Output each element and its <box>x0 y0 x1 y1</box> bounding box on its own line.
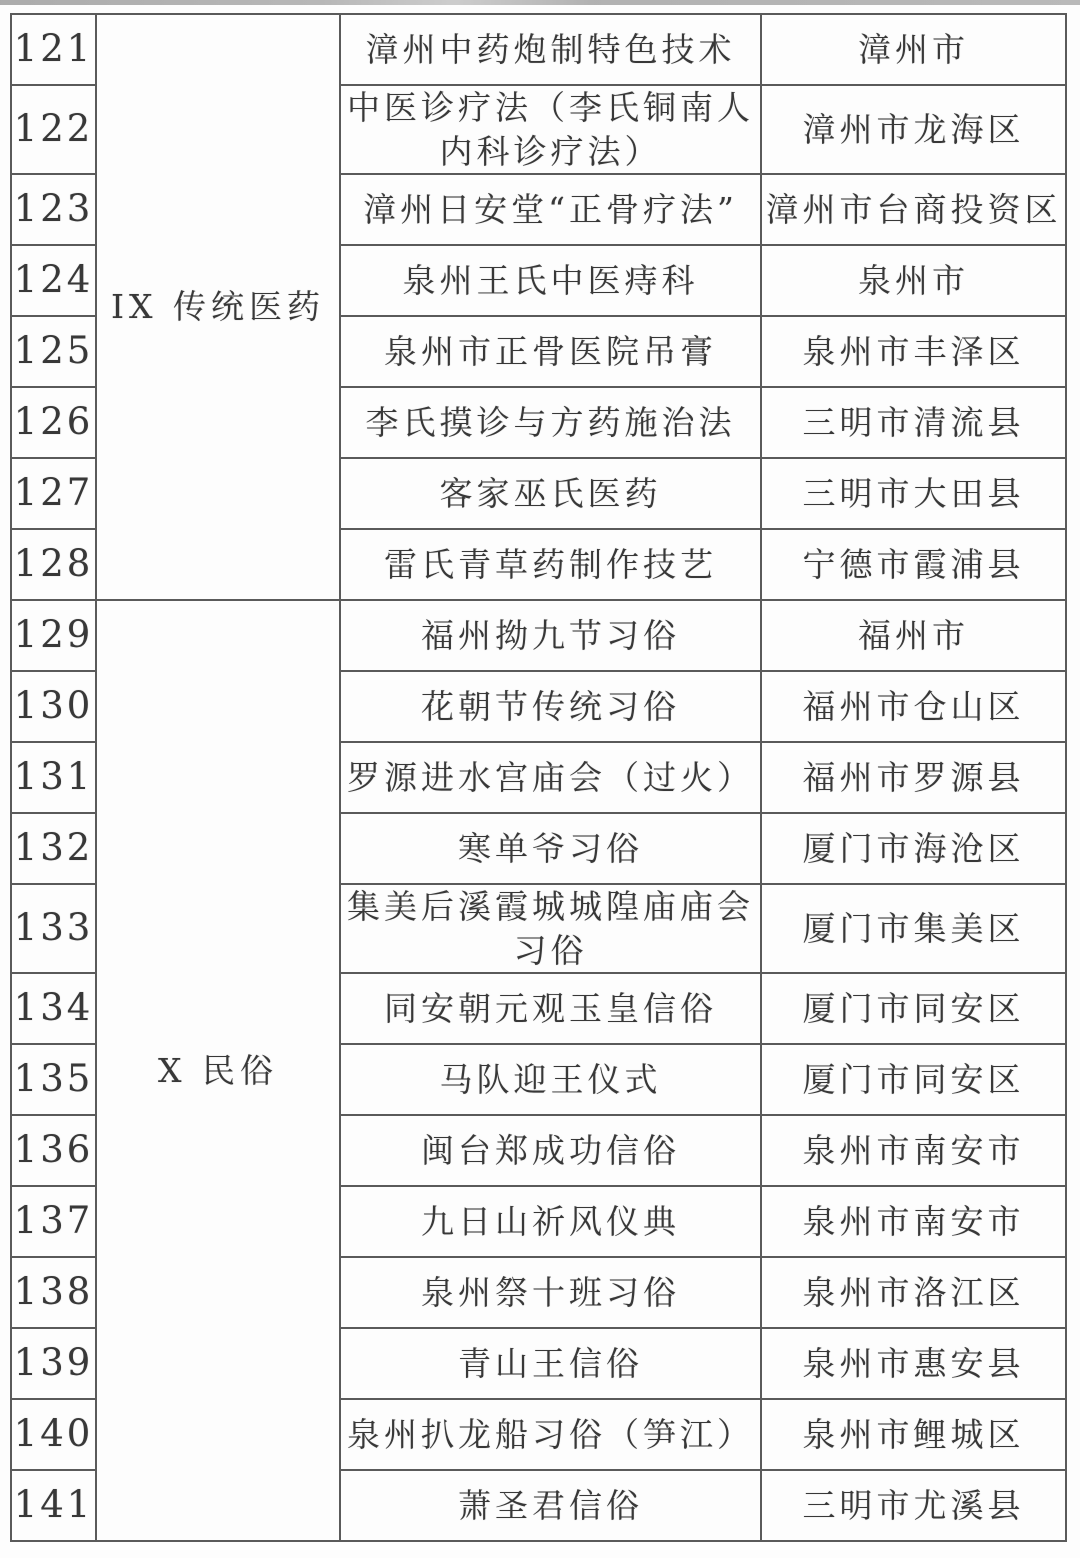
row-number: 126 <box>11 387 96 458</box>
row-number: 133 <box>11 884 96 973</box>
item-name: 泉州市正骨医院吊膏 <box>340 316 761 387</box>
item-name: 泉州扒龙船习俗（笋江） <box>340 1399 761 1470</box>
row-number: 131 <box>11 742 96 813</box>
row-number: 137 <box>11 1186 96 1257</box>
item-name: 中医诊疗法（李氏铜南人内科诊疗法） <box>340 85 761 174</box>
item-location: 福州市罗源县 <box>761 742 1066 813</box>
scanned-document-page: 121 IX 传统医药 漳州中药炮制特色技术 漳州市 122 中医诊疗法（李氏铜… <box>0 0 1080 1558</box>
item-name: 雷氏青草药制作技艺 <box>340 529 761 600</box>
item-location: 厦门市同安区 <box>761 973 1066 1044</box>
item-location: 三明市大田县 <box>761 458 1066 529</box>
table-row: 129 X 民俗 福州拗九节习俗 福州市 <box>11 600 1066 671</box>
item-location: 福州市 <box>761 600 1066 671</box>
item-location: 三明市尤溪县 <box>761 1470 1066 1541</box>
item-name: 漳州中药炮制特色技术 <box>340 14 761 85</box>
item-name: 漳州日安堂“正骨疗法” <box>340 174 761 245</box>
item-name: 客家巫氏医药 <box>340 458 761 529</box>
item-name: 同安朝元观玉皇信俗 <box>340 973 761 1044</box>
item-location: 宁德市霞浦县 <box>761 529 1066 600</box>
item-location: 泉州市鲤城区 <box>761 1399 1066 1470</box>
row-number: 132 <box>11 813 96 884</box>
item-name: 集美后溪霞城城隍庙庙会习俗 <box>340 884 761 973</box>
row-number: 134 <box>11 973 96 1044</box>
item-location: 泉州市惠安县 <box>761 1328 1066 1399</box>
row-number: 135 <box>11 1044 96 1115</box>
item-location: 三明市清流县 <box>761 387 1066 458</box>
row-number: 122 <box>11 85 96 174</box>
item-name: 萧圣君信俗 <box>340 1470 761 1541</box>
item-name: 泉州祭十班习俗 <box>340 1257 761 1328</box>
item-name: 泉州王氏中医痔科 <box>340 245 761 316</box>
category-label-folk-customs: X 民俗 <box>96 600 340 1541</box>
row-number: 141 <box>11 1470 96 1541</box>
item-name: 花朝节传统习俗 <box>340 671 761 742</box>
item-location: 福州市仓山区 <box>761 671 1066 742</box>
item-location: 泉州市洛江区 <box>761 1257 1066 1328</box>
row-number: 136 <box>11 1115 96 1186</box>
item-name: 闽台郑成功信俗 <box>340 1115 761 1186</box>
item-name: 青山王信俗 <box>340 1328 761 1399</box>
row-number: 140 <box>11 1399 96 1470</box>
heritage-items-table: 121 IX 传统医药 漳州中药炮制特色技术 漳州市 122 中医诊疗法（李氏铜… <box>10 13 1067 1542</box>
scan-artifact-top-edge <box>0 0 1080 5</box>
row-number: 130 <box>11 671 96 742</box>
row-number: 138 <box>11 1257 96 1328</box>
row-number: 127 <box>11 458 96 529</box>
item-name: 福州拗九节习俗 <box>340 600 761 671</box>
item-location: 漳州市 <box>761 14 1066 85</box>
item-name: 九日山祈风仪典 <box>340 1186 761 1257</box>
item-name: 寒单爷习俗 <box>340 813 761 884</box>
table-row: 121 IX 传统医药 漳州中药炮制特色技术 漳州市 <box>11 14 1066 85</box>
row-number: 123 <box>11 174 96 245</box>
row-number: 121 <box>11 14 96 85</box>
item-location: 厦门市海沧区 <box>761 813 1066 884</box>
item-location: 厦门市同安区 <box>761 1044 1066 1115</box>
item-location: 泉州市南安市 <box>761 1115 1066 1186</box>
row-number: 139 <box>11 1328 96 1399</box>
item-location: 漳州市台商投资区 <box>761 174 1066 245</box>
row-number: 128 <box>11 529 96 600</box>
item-location: 厦门市集美区 <box>761 884 1066 973</box>
item-location: 泉州市南安市 <box>761 1186 1066 1257</box>
row-number: 124 <box>11 245 96 316</box>
item-location: 泉州市丰泽区 <box>761 316 1066 387</box>
item-name: 罗源进水宫庙会（过火） <box>340 742 761 813</box>
row-number: 125 <box>11 316 96 387</box>
item-name: 李氏摸诊与方药施治法 <box>340 387 761 458</box>
row-number: 129 <box>11 600 96 671</box>
item-location: 泉州市 <box>761 245 1066 316</box>
item-location: 漳州市龙海区 <box>761 85 1066 174</box>
category-label-traditional-medicine: IX 传统医药 <box>96 14 340 600</box>
item-name: 马队迎王仪式 <box>340 1044 761 1115</box>
